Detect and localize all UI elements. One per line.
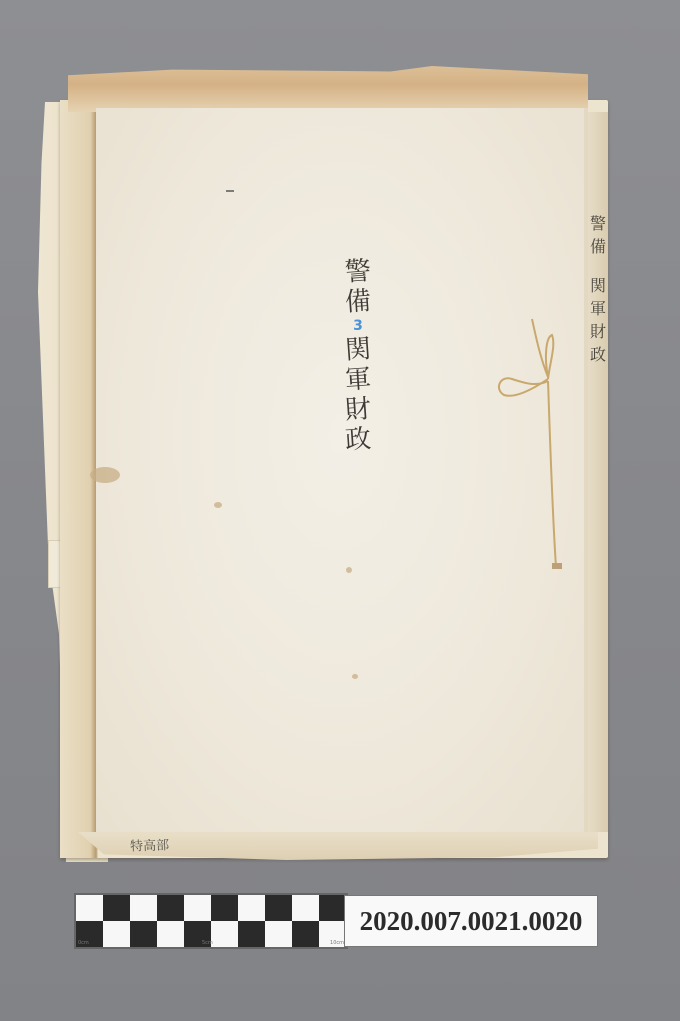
ink-mark bbox=[226, 190, 234, 192]
paper-stain bbox=[214, 502, 222, 508]
bottom-handwritten-note: 特高部 bbox=[130, 834, 170, 854]
scale-label-5: 5cm bbox=[202, 940, 213, 946]
spine-char: 関 bbox=[590, 274, 606, 297]
paper-stain bbox=[346, 567, 352, 573]
spine-char: 軍 bbox=[590, 297, 606, 320]
title-char: 政 bbox=[344, 424, 372, 456]
title-char: 関 bbox=[344, 334, 372, 366]
title-char: 備 bbox=[344, 286, 372, 318]
spine-char: 政 bbox=[590, 343, 606, 366]
aged-top-wrap bbox=[68, 66, 588, 112]
blue-number-mark: 3 bbox=[353, 317, 363, 335]
catalog-id-label: 2020.007.0021.0020 bbox=[344, 895, 598, 947]
archival-document: 警 備 3 関 軍 財 政 警 備 関 軍 財 政 特高部 bbox=[38, 62, 610, 862]
title-char: 警 bbox=[344, 256, 372, 288]
spine-char: 財 bbox=[590, 320, 606, 343]
binding-string-icon bbox=[496, 317, 576, 577]
paper-stain bbox=[352, 674, 358, 679]
measurement-scale-bar: 0cm 5cm 10cm bbox=[74, 893, 348, 949]
scale-label-10: 10cm bbox=[330, 940, 344, 946]
scale-row-top bbox=[76, 895, 346, 921]
spine-char: 警 bbox=[590, 212, 606, 235]
spine-title: 警 備 関 軍 財 政 bbox=[588, 212, 608, 366]
title-char: 軍 bbox=[344, 364, 372, 396]
spine-char: 備 bbox=[590, 235, 606, 258]
scale-label-0: 0cm bbox=[78, 940, 89, 946]
title-char: 財 bbox=[344, 394, 372, 426]
paper-stain bbox=[90, 467, 120, 483]
cover-title: 警 備 3 関 軍 財 政 bbox=[338, 257, 378, 455]
